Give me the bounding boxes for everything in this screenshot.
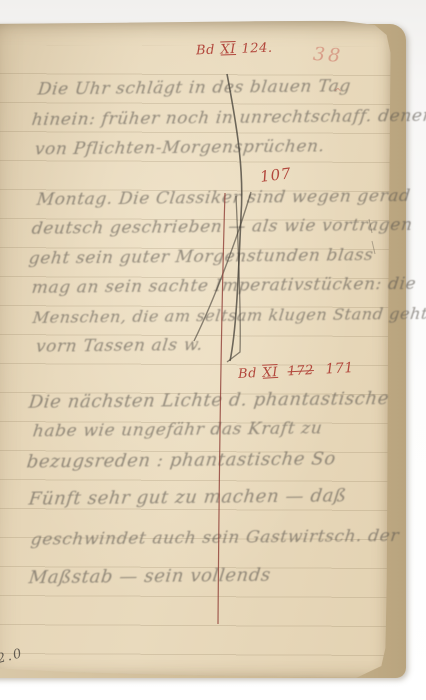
archive-ref-top: Bd XI 124. (196, 41, 273, 59)
notebook-page (0, 19, 392, 679)
archive-ref-mid: 107 (259, 164, 293, 186)
folio-number-top-right: 38 (312, 43, 344, 67)
red-caret-mark: ^ (332, 86, 343, 100)
ref-bottom-struck-number: 172 (287, 363, 314, 379)
manuscript-scan: Die Uhr schlägt in des blauen Taghinein:… (0, 0, 426, 700)
ref-bottom-final-number: 171 (325, 360, 354, 377)
ref-top-prefix: Bd (196, 43, 215, 59)
ruled-lines (0, 45, 392, 667)
ref-bottom-prefix: Bd (238, 366, 258, 382)
ref-top-numeral: XI (219, 42, 237, 58)
ref-top-page: 124. (241, 41, 272, 57)
ref-bottom-numeral: XI (261, 365, 279, 381)
